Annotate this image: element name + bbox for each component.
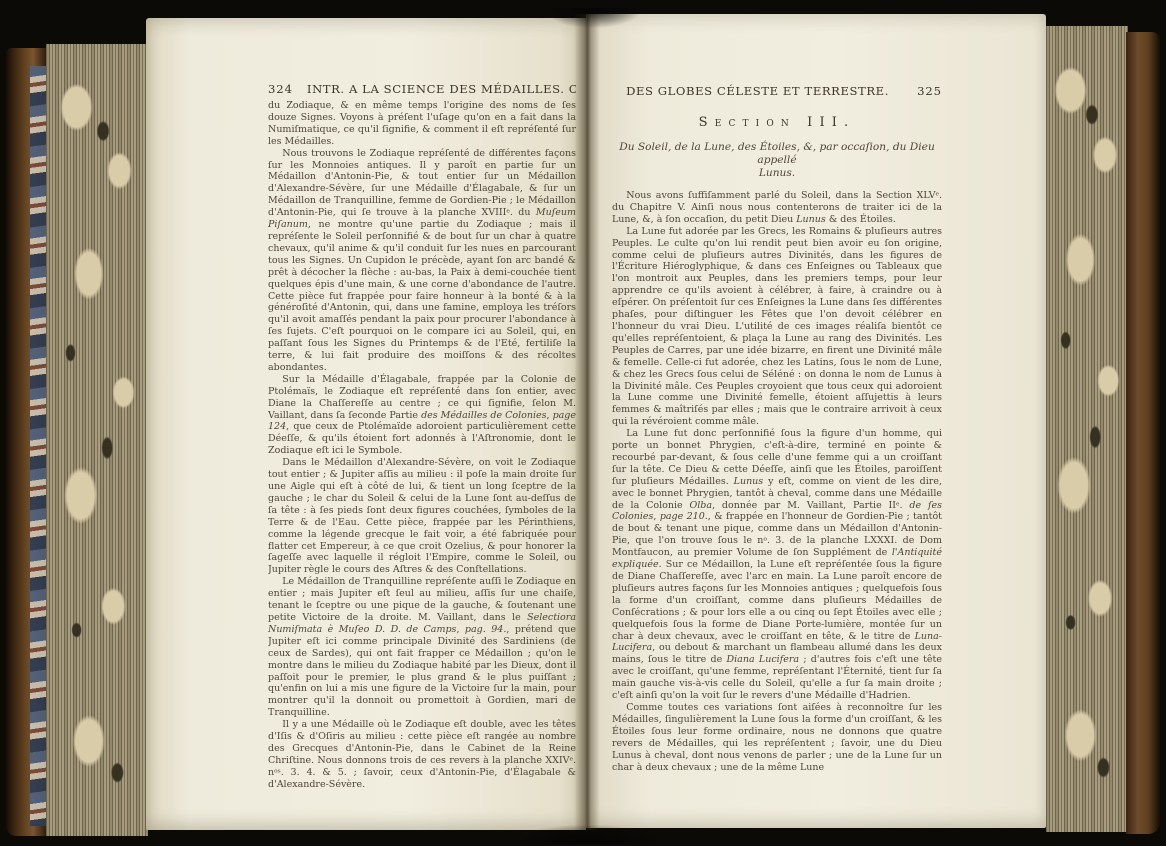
section-heading: Section III.	[612, 115, 942, 130]
paragraph: Le Médaillon de Tranquilline repréſente …	[268, 576, 576, 719]
right-fore-edge	[1046, 26, 1128, 832]
left-page-number: 324	[268, 82, 293, 96]
left-running-head-chapter: Chap. VII.	[569, 82, 576, 96]
right-page-text: DES GLOBES CÉLESTE ET TERRESTRE. 325 Sec…	[612, 84, 942, 773]
left-running-head-text: INTR. A LA SCIENCE DES MÉDAILLES.	[307, 82, 565, 96]
paragraph: Nous avons ſuffiſamment parlé du Soleil,…	[612, 190, 942, 226]
gutter-top-shadow	[538, 8, 648, 44]
section-subtitle: Du Soleil, de la Lune, des Étoiles, &, p…	[612, 141, 942, 180]
left-running-head-title: INTR. A LA SCIENCE DES MÉDAILLES. Chap. …	[307, 82, 576, 96]
right-cover-edge	[1126, 32, 1160, 834]
section-subtitle-line1: Du Soleil, de la Lune, des Étoiles, &, p…	[612, 141, 942, 167]
right-running-head: DES GLOBES CÉLESTE ET TERRESTRE. 325	[612, 84, 942, 98]
gutter-bottom-shadow	[498, 810, 678, 844]
paragraph: Nous trouvons le Zodiaque repréſenté de …	[268, 148, 576, 374]
left-fore-edge	[46, 44, 148, 836]
left-endpaper-marbling	[30, 66, 47, 826]
paragraph: du Zodiaque, & en même temps l'origine d…	[268, 100, 576, 148]
left-running-head: 324 INTR. A LA SCIENCE DES MÉDAILLES. Ch…	[268, 82, 576, 96]
paragraph: La Lune fut donc perſonnifié ſous la fig…	[612, 428, 942, 702]
left-page-body: du Zodiaque, & en même temps l'origine d…	[268, 100, 576, 791]
right-running-head-title: DES GLOBES CÉLESTE ET TERRESTRE.	[612, 84, 903, 98]
right-page-body: Nous avons ſuffiſamment parlé du Soleil,…	[612, 190, 942, 773]
paragraph: Il y a une Médaille où le Zodiaque eſt d…	[268, 719, 576, 790]
left-page-text: 324 INTR. A LA SCIENCE DES MÉDAILLES. Ch…	[268, 82, 576, 791]
paragraph: Comme toutes ces variations ſont aiſées …	[612, 702, 942, 773]
paragraph: La Lune fut adorée par les Grecs, les Ro…	[612, 226, 942, 428]
paragraph: Dans le Médaillon d'Alexandre-Sévère, on…	[268, 457, 576, 576]
section-subtitle-line2: Lunus.	[612, 167, 942, 180]
paragraph: Sur la Médaille d'Élagabale, frappée par…	[268, 374, 576, 457]
book-gutter	[574, 14, 600, 830]
photo-background: 324 INTR. A LA SCIENCE DES MÉDAILLES. Ch…	[0, 0, 1166, 846]
right-page-number: 325	[917, 84, 942, 98]
